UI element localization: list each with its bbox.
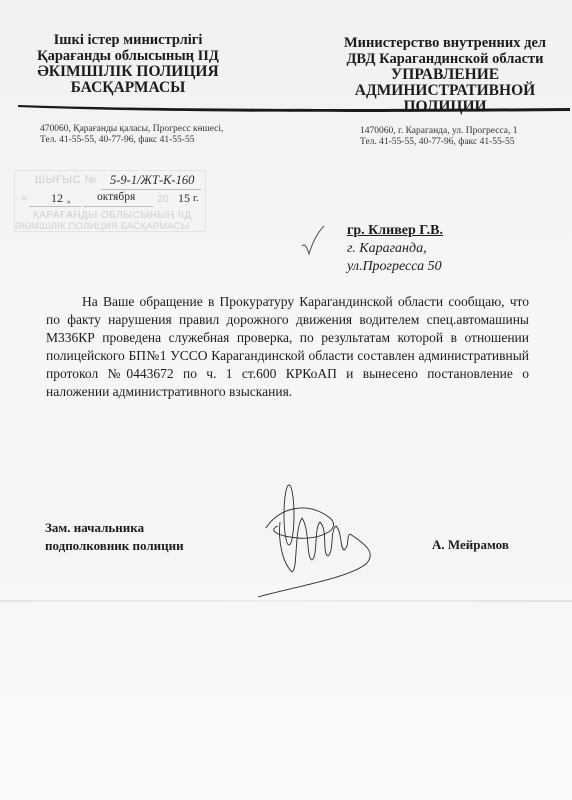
letter-body: На Ваше обращение в Прокуратуру Караганд… bbox=[46, 293, 529, 401]
stamp-year-prefix: 20 bbox=[157, 194, 169, 205]
header-right-line: Министерство внутренних дел bbox=[340, 35, 550, 51]
paper-fold bbox=[0, 600, 572, 602]
header-left-line: БАСҚАРМАСЫ bbox=[28, 80, 228, 96]
recipient-street: ул.Прогресса 50 bbox=[347, 258, 443, 276]
address-right-line: 1470060, г. Караганда, ул. Прогресса, 1 bbox=[360, 126, 570, 137]
header-left-line: Қарағанды облысының ІІД bbox=[28, 48, 228, 64]
signatory-name: А. Мейрамов bbox=[432, 537, 509, 553]
stamp-quote-close: » bbox=[67, 198, 71, 206]
outgoing-registration-stamp: ШЫҒЫС № 5-9-1/ЖТ-К-160 « 12 » октября 20… bbox=[14, 170, 206, 232]
stamp-month: октября bbox=[97, 191, 135, 203]
handwritten-check-mark-icon bbox=[300, 224, 330, 256]
address-left: 470060, Қарағанды қаласы, Прогресс көшес… bbox=[40, 124, 280, 146]
address-left-line: Тел. 41-55-55, 40-77-96, факс 41-55-55 bbox=[40, 135, 280, 146]
recipient-city: г. Караганда, bbox=[347, 240, 443, 258]
body-paragraph: На Ваше обращение в Прокуратуру Караганд… bbox=[46, 293, 529, 401]
header-right-line: УПРАВЛЕНИЕ bbox=[340, 67, 550, 83]
header-divider-rule bbox=[18, 103, 570, 113]
header-left-line: ӘКІМШІЛІК ПОЛИЦИЯ bbox=[28, 64, 228, 80]
stamp-year-suffix: г. bbox=[193, 193, 198, 204]
signatory-title: Зам. начальника подполковник полиции bbox=[45, 519, 184, 555]
recipient-address-block: гр. Кливер Г.В. г. Караганда, ул.Прогрес… bbox=[347, 222, 443, 276]
stamp-number-label: ШЫҒЫС № bbox=[35, 174, 97, 186]
signatory-title-line1: Зам. начальника bbox=[45, 519, 184, 537]
stamp-org-line2: ӘКІМШІЛІК ПОЛИЦИЯ БАСҚАРМАСЫ bbox=[15, 221, 189, 232]
header-left-kazakh: Ішкі істер министрлігі Қарағанды облысын… bbox=[28, 32, 228, 96]
address-left-line: 470060, Қарағанды қаласы, Прогресс көшес… bbox=[40, 124, 280, 135]
handwritten-signature bbox=[258, 460, 388, 600]
stamp-outgoing-number: 5-9-1/ЖТ-К-160 bbox=[110, 173, 194, 188]
header-right-line: АДМИНИСТРАТИВНОЙ bbox=[340, 83, 550, 99]
signatory-title-line2: подполковник полиции bbox=[45, 537, 184, 555]
letter-page: Ішкі істер министрлігі Қарағанды облысын… bbox=[0, 0, 572, 800]
stamp-year: 15 bbox=[178, 191, 190, 206]
stamp-quote-open: « bbox=[21, 192, 28, 204]
address-right: 1470060, г. Караганда, ул. Прогресса, 1 … bbox=[360, 126, 570, 148]
address-right-line: Тел. 41-55-55, 40-77-96, факс 41-55-55 bbox=[360, 137, 570, 148]
stamp-day: 12 bbox=[51, 191, 63, 206]
stamp-org-line1: ҚАРАҒАНДЫ ОБЛЫСЫНЫҢ ІІД bbox=[33, 210, 192, 221]
header-right-line: ДВД Карагандинской области bbox=[340, 51, 550, 67]
recipient-name: гр. Кливер Г.В. bbox=[347, 222, 443, 240]
header-left-line: Ішкі істер министрлігі bbox=[28, 32, 228, 48]
